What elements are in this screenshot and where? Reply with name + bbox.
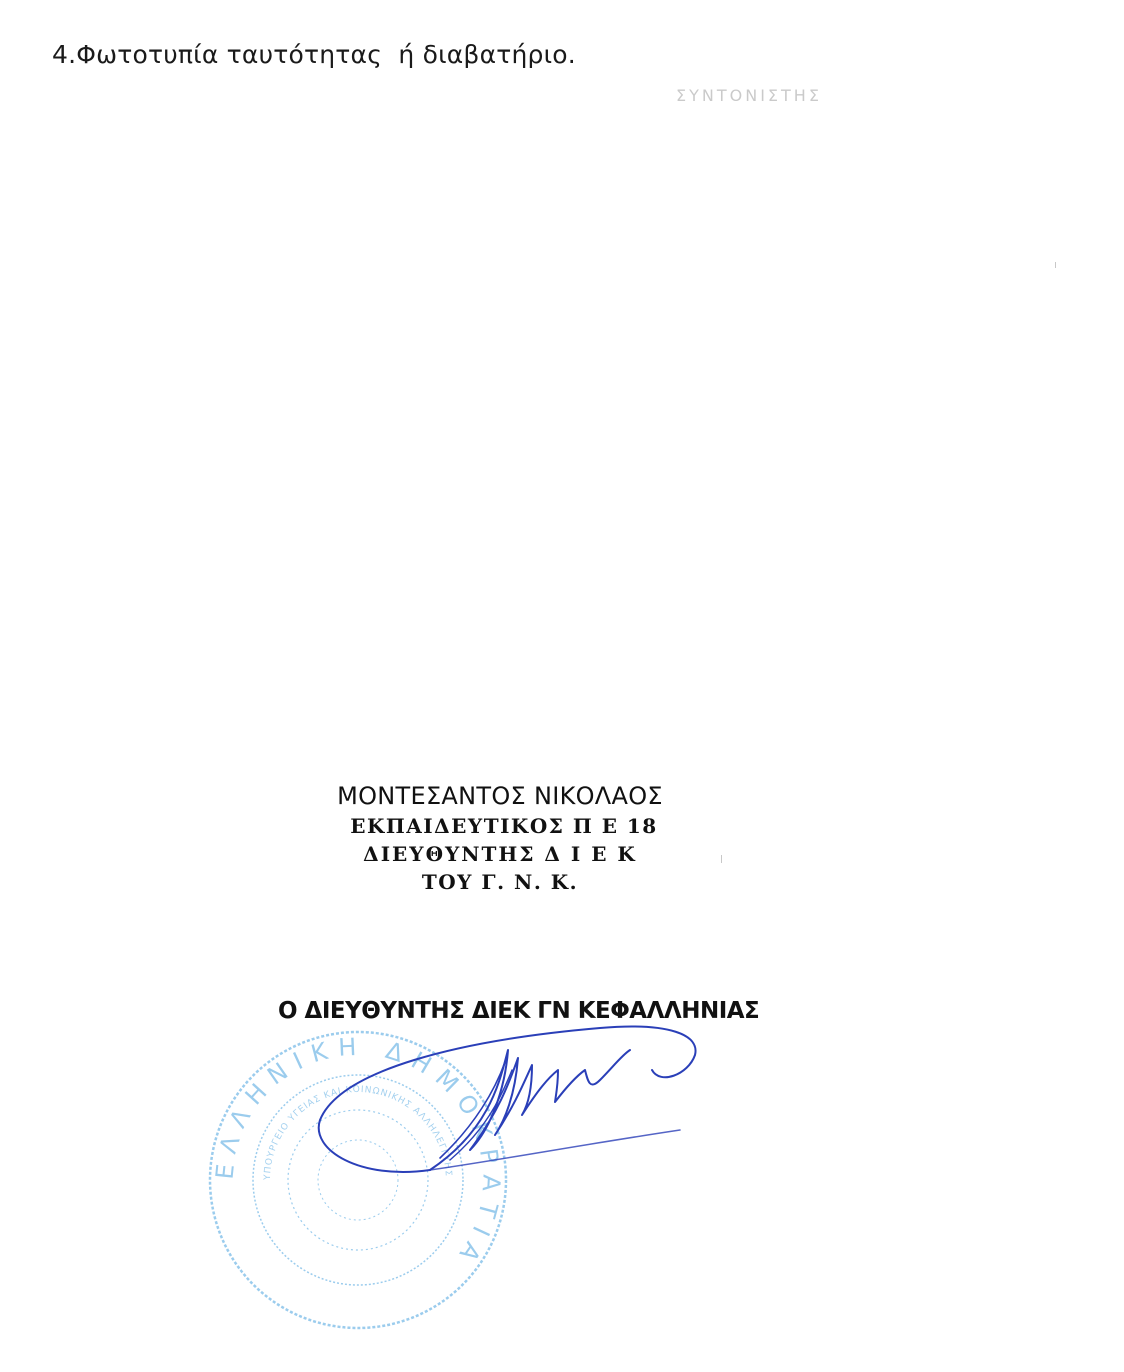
- signatory-role: ΔΙΕΥΘΥΝΤΗΣ Δ Ι Ε Κ: [300, 840, 700, 868]
- faint-scan-artifact-text: ΣΥΝΤΟΝΙΣΤΗΣ: [676, 86, 822, 105]
- signatory-organization: ΤΟΥ Γ. Ν. Κ.: [300, 868, 700, 896]
- required-document-item: 4.Φωτοτυπία ταυτότητας ή διαβατήριο.: [52, 40, 576, 69]
- scan-mark: [721, 855, 722, 863]
- signatory-name: ΜΟΝΤΕΣΑΝΤΟΣ ΝΙΚΟΛΑΟΣ: [300, 780, 700, 812]
- handwritten-signature-icon: [300, 1010, 720, 1210]
- scan-mark: [1055, 262, 1056, 268]
- signatory-stamp: ΜΟΝΤΕΣΑΝΤΟΣ ΝΙΚΟΛΑΟΣ ΕΚΠΑΙΔΕΥΤΙΚΟΣ Π Ε 1…: [300, 780, 700, 896]
- signatory-specialty: ΕΚΠΑΙΔΕΥΤΙΚΟΣ Π Ε 18: [308, 812, 700, 840]
- document-page: 4.Φωτοτυπία ταυτότητας ή διαβατήριο. ΣΥΝ…: [0, 0, 1124, 1372]
